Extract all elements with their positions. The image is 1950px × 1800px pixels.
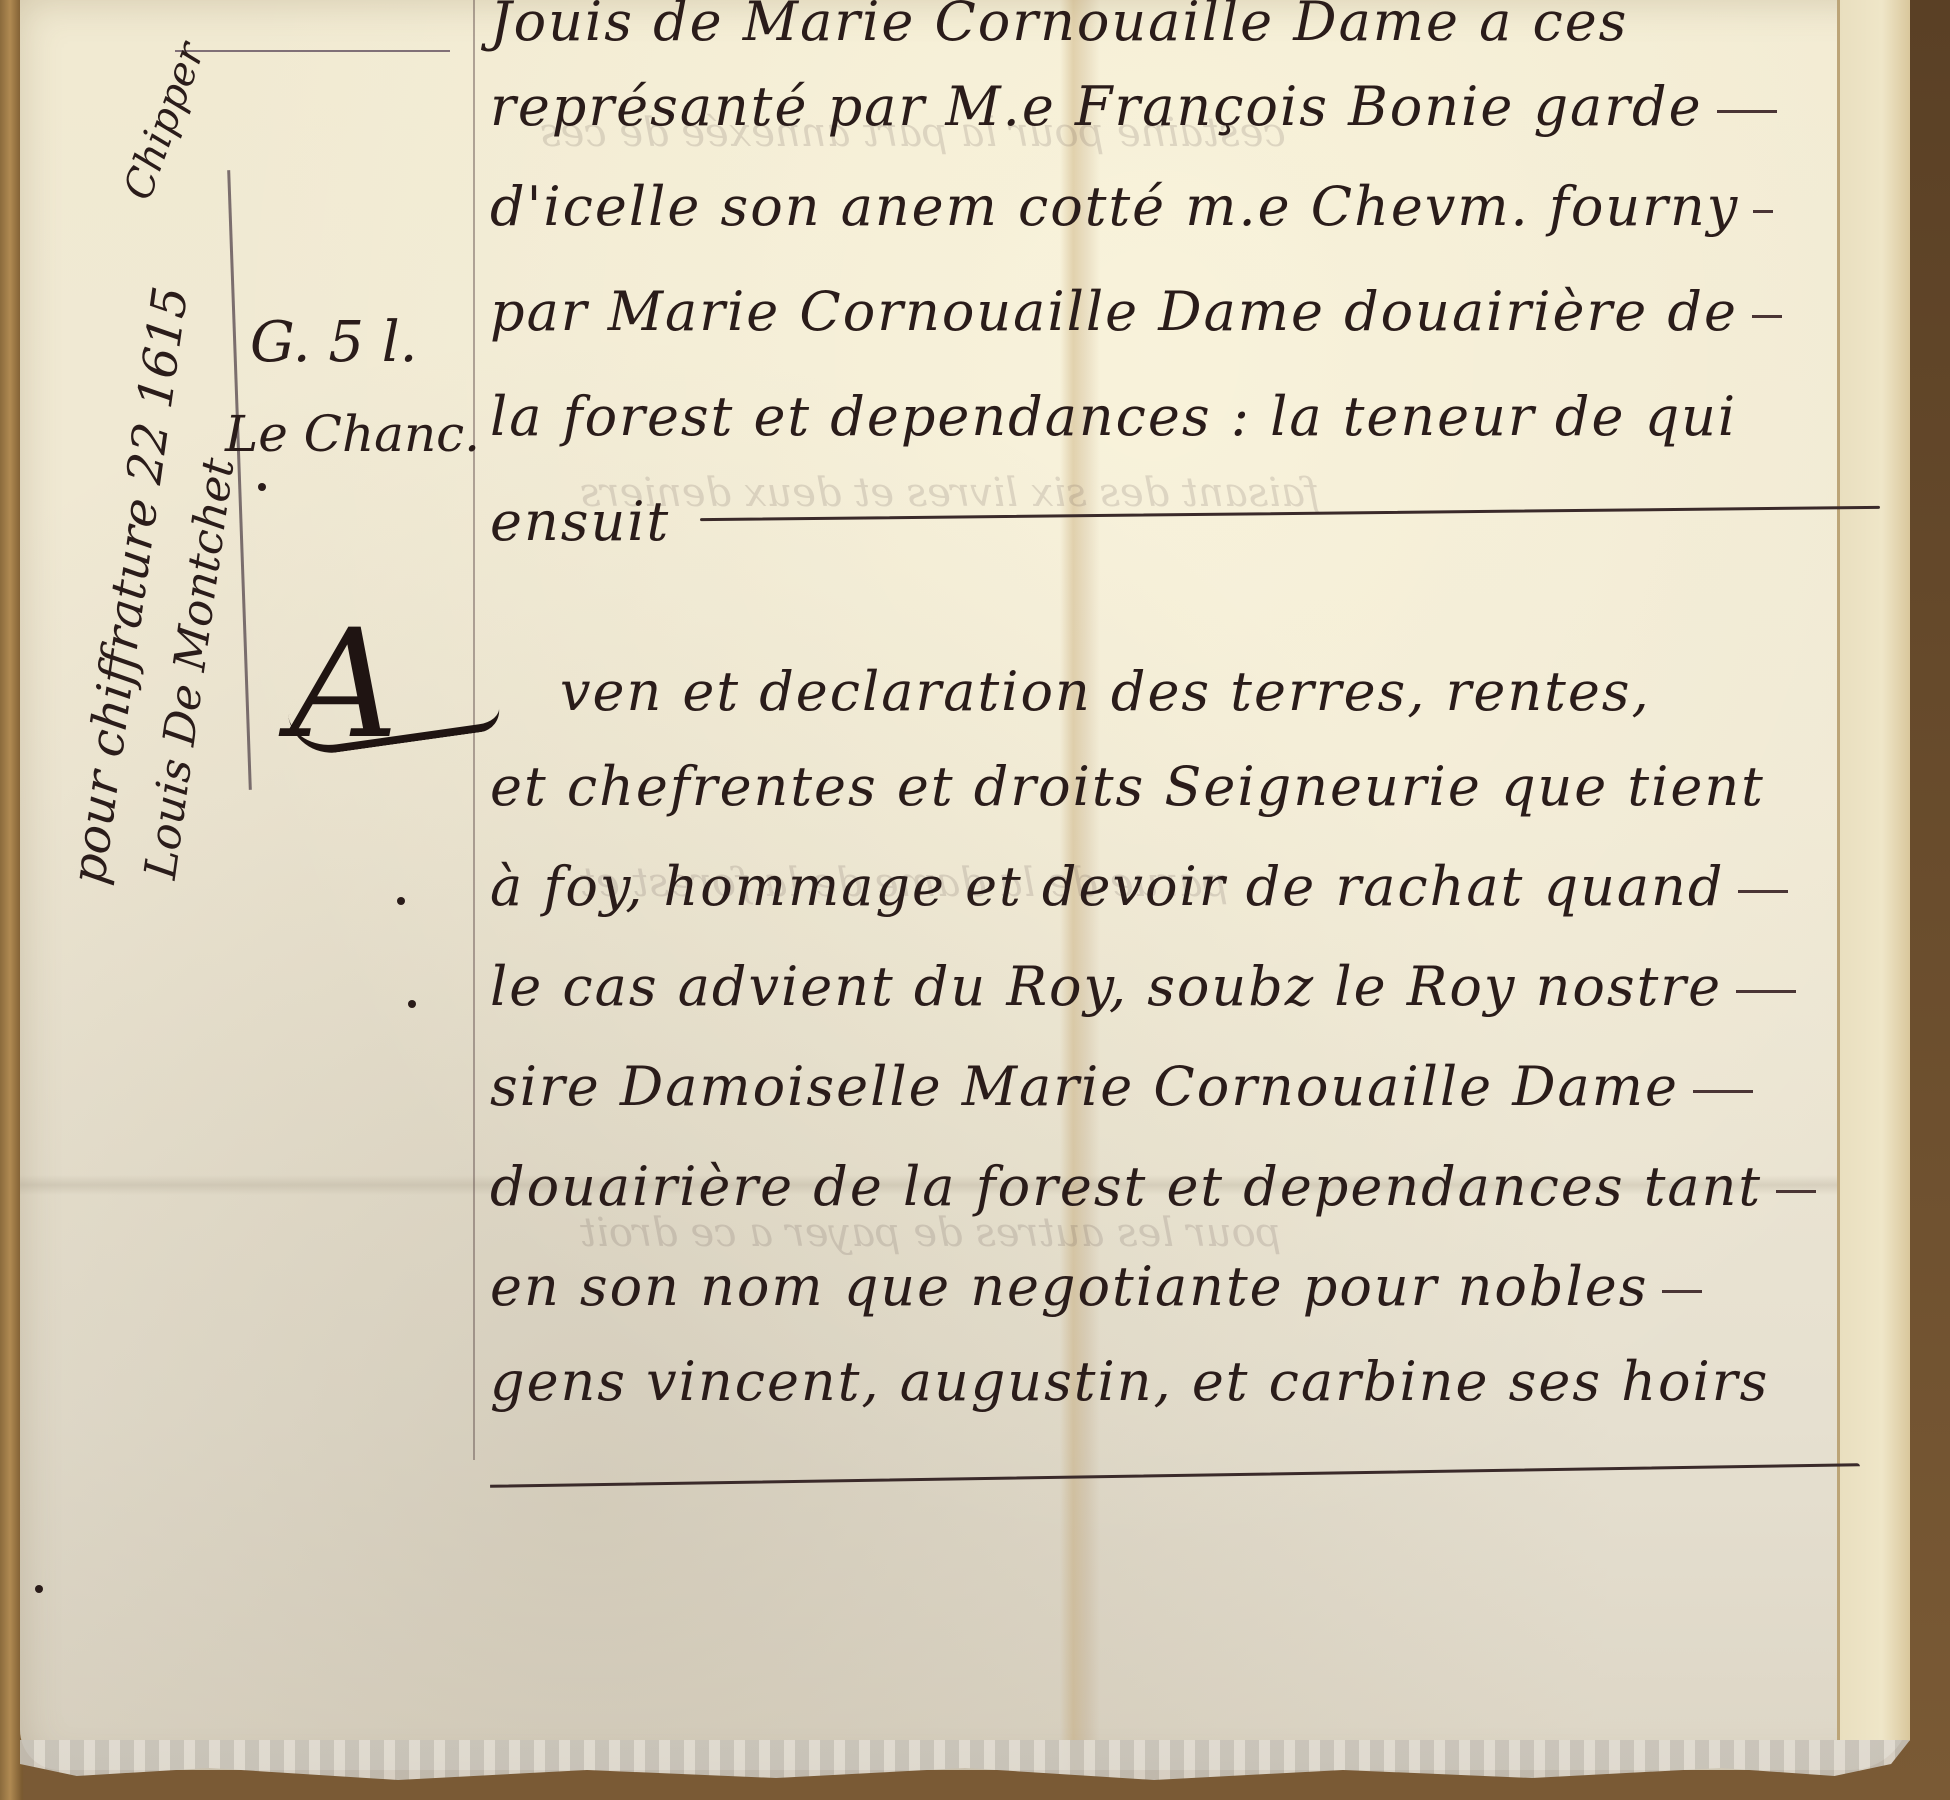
line-filler-stroke <box>1753 210 1773 213</box>
paragraph-line-6: douairière de la forest et dependances t… <box>490 1155 1816 1218</box>
line-filler-stroke <box>1662 1290 1702 1293</box>
line-filler-stroke <box>1717 110 1777 113</box>
text-line-1: Jouis de Marie Cornouaille Dame a ces <box>490 0 1628 53</box>
line-filler-stroke <box>1776 1190 1816 1193</box>
text-line-content: à foy, hommage et devoir de rachat quand <box>490 855 1724 918</box>
paragraph-line-5: sire Damoiselle Marie Cornouaille Dame <box>490 1055 1753 1118</box>
top-margin-rule <box>175 50 450 52</box>
paragraph-line-7: en son nom que negotiante pour nobles <box>490 1255 1702 1318</box>
text-line-6: ensuit <box>490 490 670 553</box>
text-line-content: le cas advient du Roy, soubz le Roy nost… <box>490 955 1722 1018</box>
paragraph-line-1: ven et declaration des terres, rentes, <box>560 660 1651 723</box>
right-torn-edge <box>1837 0 1910 1740</box>
text-line-content: gens vincent, augustin, et carbine ses h… <box>490 1350 1769 1413</box>
ink-dot <box>408 1000 416 1008</box>
paragraph-line-2: et chefrentes et droits Seigneurie que t… <box>490 755 1765 818</box>
ink-dot <box>258 483 266 491</box>
text-line-content: sire Damoiselle Marie Cornouaille Dame <box>490 1055 1679 1118</box>
text-line-2: représanté par M.e François Bonie garde <box>490 75 1777 138</box>
text-line-content: d'icelle son anem cotté m.e Chevm. fourn… <box>490 175 1739 238</box>
margin-folio-annotation: G. 5 l. <box>250 310 417 375</box>
text-line-5: la forest et dependances : la teneur de … <box>490 385 1737 448</box>
ink-dot <box>35 1585 43 1593</box>
paragraph-line-3: à foy, hommage et devoir de rachat quand <box>490 855 1788 918</box>
text-line-content: ven et declaration des terres, rentes, <box>560 660 1651 723</box>
paragraph-line-8: gens vincent, augustin, et carbine ses h… <box>490 1350 1769 1413</box>
text-line-content: représanté par M.e François Bonie garde <box>490 75 1703 138</box>
text-line-4: par Marie Cornouaille Dame douairière de <box>490 280 1782 343</box>
text-line-content: par Marie Cornouaille Dame douairière de <box>490 280 1738 343</box>
text-line-content: Jouis de Marie Cornouaille Dame a ces <box>490 0 1628 53</box>
ink-dot <box>397 897 405 905</box>
paragraph-line-4: le cas advient du Roy, soubz le Roy nost… <box>490 955 1796 1018</box>
line-filler-stroke <box>1736 990 1796 993</box>
line-filler-stroke <box>1738 890 1788 893</box>
bleed-through-text: faisant des six livres et deux deniers <box>580 470 1320 516</box>
line-filler-stroke <box>1693 1090 1753 1093</box>
text-line-content: la forest et dependances : la teneur de … <box>490 385 1737 448</box>
text-line-3: d'icelle son anem cotté m.e Chevm. fourn… <box>490 175 1773 238</box>
text-line-content: et chefrentes et droits Seigneurie que t… <box>490 755 1765 818</box>
text-line-content: en son nom que negotiante pour nobles <box>490 1255 1648 1318</box>
text-line-content: ensuit <box>490 490 670 553</box>
margin-signature-annotation: Le Chanc. <box>225 405 480 463</box>
line-filler-stroke <box>1752 315 1782 318</box>
text-line-content: douairière de la forest et dependances t… <box>490 1155 1762 1218</box>
